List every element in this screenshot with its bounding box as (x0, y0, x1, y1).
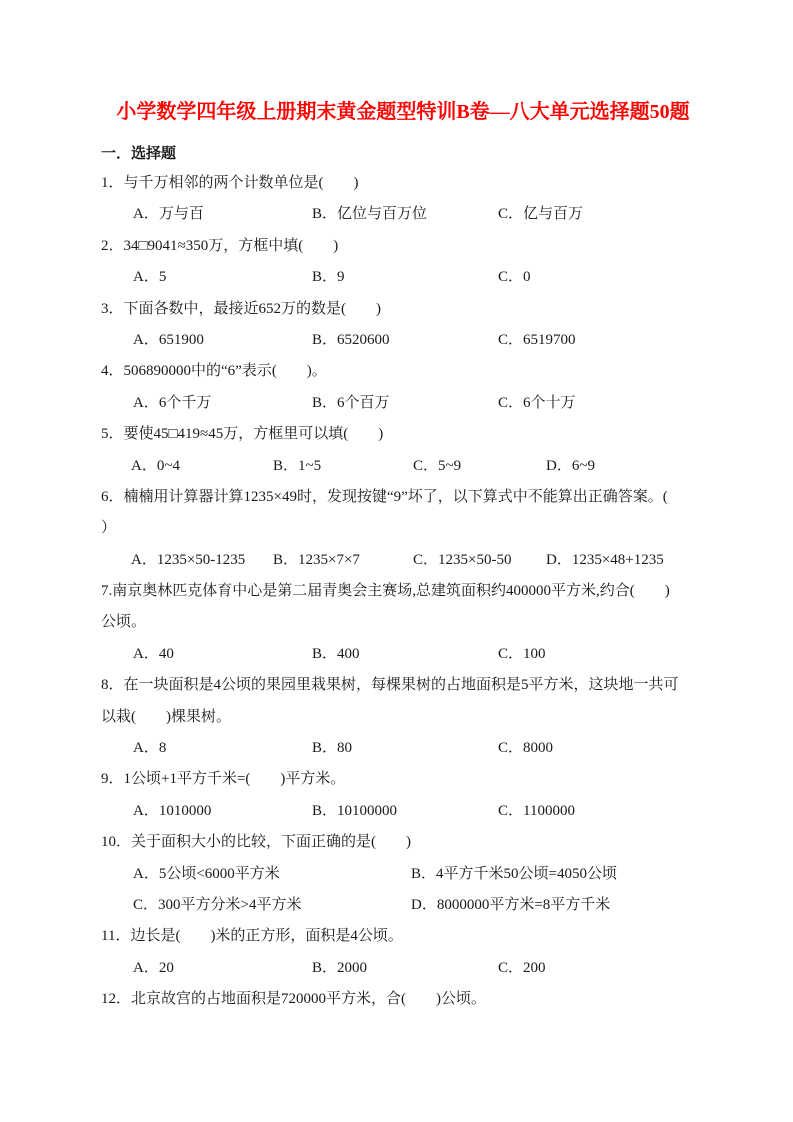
question-options: A．5 B．9 C．0 (101, 262, 705, 293)
question-8: 8．在一块面积是4公顷的果园里栽果树，每棵果树的占地面积是5平方米，这块地一共可… (101, 670, 705, 764)
option-c: C．5~9 (413, 451, 546, 482)
question-text-continued: 以栽( )棵果树。 (101, 702, 705, 733)
question-options: A．6个千万 B．6个百万 C．6个十万 (101, 388, 705, 419)
question-2: 2．34□9041≈350万，方框中填( ) A．5 B．9 C．0 (101, 231, 705, 294)
option-b: B．1235×7×7 (273, 545, 413, 576)
option-c: C．6519700 (498, 325, 705, 356)
option-c: C．1235×50-50 (413, 545, 546, 576)
question-text: 1．与千万相邻的两个计数单位是( ) (101, 168, 705, 199)
option-d: D．1235×48+1235 (546, 545, 705, 576)
question-options: A．20 B．2000 C．200 (101, 953, 705, 984)
question-options-row-1: A．5公顷<6000平方米 B．4平方千米50公顷=4050公顷 (101, 859, 705, 890)
option-b: B．4平方千米50公顷=4050公顷 (411, 859, 705, 890)
option-a: A．651900 (133, 325, 312, 356)
question-options: A．651900 B．6520600 C．6519700 (101, 325, 705, 356)
question-7: 7.南京奥林匹克体育中心是第二届青奥会主赛场,总建筑面积约400000平方米,约… (101, 576, 705, 670)
question-9: 9．1公顷+1平方千米=( )平方米。 A．1010000 B．10100000… (101, 764, 705, 827)
question-text: 10．关于面积大小的比较，下面正确的是( ) (101, 827, 705, 858)
option-c: C．300平方分米>4平方米 (133, 890, 411, 921)
section-heading: 一．选择题 (101, 141, 705, 168)
question-options: A．1010000 B．10100000 C．1100000 (101, 796, 705, 827)
question-3: 3．下面各数中，最接近652万的数是( ) A．651900 B．6520600… (101, 294, 705, 357)
option-b: B．1~5 (273, 451, 413, 482)
question-text-continued: 公顷。 (101, 607, 705, 638)
question-options: A．1235×50-1235 B．1235×7×7 C．1235×50-50 D… (101, 545, 705, 576)
question-1: 1．与千万相邻的两个计数单位是( ) A．万与百 B．亿位与百万位 C．亿与百万 (101, 168, 705, 231)
option-b: B．6520600 (312, 325, 498, 356)
question-options: A．40 B．400 C．100 (101, 639, 705, 670)
option-a: A．万与百 (133, 199, 312, 230)
question-5: 5．要使45□419≈45万，方框里可以填( ) A．0~4 B．1~5 C．5… (101, 419, 705, 482)
option-a: A．5公顷<6000平方米 (133, 859, 411, 890)
question-options: A．8 B．80 C．8000 (101, 733, 705, 764)
option-a: A．5 (133, 262, 312, 293)
option-a: A．6个千万 (133, 388, 312, 419)
option-b: B．亿位与百万位 (312, 199, 498, 230)
option-a: A．1235×50-1235 (131, 545, 273, 576)
option-b: B．400 (312, 639, 498, 670)
document-page: 小学数学四年级上册期末黄金题型特训B卷—八大单元选择题50题 一．选择题 1．与… (0, 0, 793, 1122)
question-4: 4．506890000中的“6”表示( )。 A．6个千万 B．6个百万 C．6… (101, 356, 705, 419)
option-b: B．2000 (312, 953, 498, 984)
question-12: 12．北京故宫的占地面积是720000平方米，合( )公顷。 (101, 984, 705, 1015)
question-text: 11．边长是( )米的正方形，面积是4公顷。 (101, 921, 705, 952)
option-b: B．10100000 (312, 796, 498, 827)
question-text: 3．下面各数中，最接近652万的数是( ) (101, 294, 705, 325)
option-b: B．80 (312, 733, 498, 764)
question-text-continued: ） (101, 513, 705, 544)
option-c: C．0 (498, 262, 705, 293)
option-c: C．8000 (498, 733, 705, 764)
option-a: A．40 (133, 639, 312, 670)
question-text: 7.南京奥林匹克体育中心是第二届青奥会主赛场,总建筑面积约400000平方米,约… (101, 576, 705, 607)
option-a: A．20 (133, 953, 312, 984)
option-a: A．8 (133, 733, 312, 764)
option-b: B．9 (312, 262, 498, 293)
question-text: 2．34□9041≈350万，方框中填( ) (101, 231, 705, 262)
option-a: A．0~4 (131, 451, 273, 482)
question-text: 5．要使45□419≈45万，方框里可以填( ) (101, 419, 705, 450)
question-text: 4．506890000中的“6”表示( )。 (101, 356, 705, 387)
document-title: 小学数学四年级上册期末黄金题型特训B卷—八大单元选择题50题 (101, 97, 705, 127)
option-a: A．1010000 (133, 796, 312, 827)
option-c: C．6个十万 (498, 388, 705, 419)
question-options: A．0~4 B．1~5 C．5~9 D．6~9 (101, 451, 705, 482)
option-c: C．亿与百万 (498, 199, 705, 230)
option-c: C．200 (498, 953, 705, 984)
document-content: 小学数学四年级上册期末黄金题型特训B卷—八大单元选择题50题 一．选择题 1．与… (0, 0, 793, 1016)
question-text: 12．北京故宫的占地面积是720000平方米，合( )公顷。 (101, 984, 705, 1015)
question-10: 10．关于面积大小的比较，下面正确的是( ) A．5公顷<6000平方米 B．4… (101, 827, 705, 921)
option-c: C．100 (498, 639, 705, 670)
question-options-row-2: C．300平方分米>4平方米 D．8000000平方米=8平方千米 (101, 890, 705, 921)
option-d: D．6~9 (546, 451, 705, 482)
question-text: 9．1公顷+1平方千米=( )平方米。 (101, 764, 705, 795)
question-6: 6．楠楠用计算器计算1235×49时，发现按键“9”坏了，以下算式中不能算出正确… (101, 482, 705, 576)
option-c: C．1100000 (498, 796, 705, 827)
question-text: 8．在一块面积是4公顷的果园里栽果树，每棵果树的占地面积是5平方米，这块地一共可 (101, 670, 705, 701)
question-options: A．万与百 B．亿位与百万位 C．亿与百万 (101, 199, 705, 230)
option-d: D．8000000平方米=8平方千米 (411, 890, 705, 921)
question-11: 11．边长是( )米的正方形，面积是4公顷。 A．20 B．2000 C．200 (101, 921, 705, 984)
question-text: 6．楠楠用计算器计算1235×49时，发现按键“9”坏了，以下算式中不能算出正确… (101, 482, 705, 513)
option-b: B．6个百万 (312, 388, 498, 419)
